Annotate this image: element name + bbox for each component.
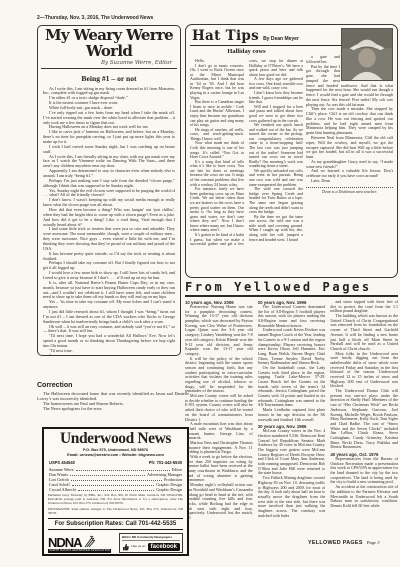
body-paragraph: By the time we got the tame one across, …: [249, 215, 303, 242]
ndna-logo-top: NDNA: [48, 534, 95, 548]
body-paragraph: Underwood coach Kevin Dockter was named …: [258, 328, 326, 366]
body-paragraph: I don’t go to music concerts. Oh, I went…: [190, 64, 244, 101]
facebook-like-row: Like us on facebook: [122, 543, 180, 552]
body-paragraph: On the basketball court, the Lady Comets…: [258, 366, 326, 408]
phone-number: Ph: 701-442-5530: [149, 460, 182, 465]
ndna-wordmark: NDNA: [48, 537, 82, 548]
usps-number: USPS 454540: [49, 460, 75, 465]
hat-tips-body: Hello,I don’t go to music concerts. Oh, …: [190, 59, 303, 259]
hat-tips-title: Hat Tips: [192, 28, 259, 44]
columnist-photo: [341, 28, 393, 81]
body-paragraph: Marissa Ness and Christopher Thomas anno…: [185, 441, 253, 455]
hat-tips-subhead: Halliday cows: [190, 48, 303, 55]
correction-title: Correction: [37, 382, 189, 389]
jump-page-number: Page 3: [367, 540, 380, 545]
masthead-address: P.O. Box 575, Underwood, ND 58576: [48, 448, 183, 452]
yellowed-col-2: 20 years ago, Nov. 1996The Underwood Com…: [258, 300, 326, 537]
body-paragraph: Monday night’s volleyball action saw Lis…: [185, 483, 253, 521]
dot-leader: [76, 467, 170, 471]
body-paragraph: Prairieview Nursing Home was site for a …: [185, 305, 253, 357]
body-paragraph: Will and I stopped for a beer and pizza …: [249, 105, 303, 123]
continued-jump-line: YELLOWED PAGES Page 3: [308, 540, 398, 546]
rule-divider: [41, 68, 177, 69]
subscription-rates-bar: For Subscription Rates: Call 701-442-553…: [48, 518, 183, 530]
masthead-logos-row: NDNA NORTH DAKOTA NEWSPAPER ASSOCIATION …: [48, 532, 183, 555]
body-paragraph: It is, after all, National Reese’s Peanu…: [43, 281, 175, 300]
jump-label: YELLOWED PAGES: [308, 540, 363, 546]
body-paragraph: Representatives from the Bureau of Outdo…: [330, 457, 398, 485]
body-paragraph: An accident at the construction site of …: [330, 485, 398, 508]
body-paragraph: The wild one crossed the bridge over Spr…: [249, 187, 303, 214]
body-paragraph: Now what made me think of Corb this morn…: [190, 141, 244, 159]
body-paragraph: How did that even become a thing? Who wa…: [43, 208, 175, 227]
body-paragraph: I just did little research about #1, who…: [43, 310, 175, 325]
staff-list: Suzanne WerreEditor Dan WinterAdvertisin…: [49, 467, 182, 493]
body-paragraph: I don’t know how they became friends. I …: [249, 91, 303, 105]
body-paragraph: Two Falkirk Mining draglines crossed Hig…: [258, 476, 326, 518]
staff-name: Crystal Albrecht: [49, 487, 76, 492]
dot-leader: [78, 487, 154, 491]
body-paragraph: The building which was known as the Unit…: [330, 314, 398, 352]
body-paragraph: We finished our quick lunch and walked o…: [249, 123, 303, 169]
yellowed-col-1: 10 years ago, Nov. 2006Prairieview Nursi…: [185, 300, 253, 537]
dot-leader: [72, 482, 155, 486]
body-paragraph: A male mountain lion was shot about a ha…: [185, 422, 253, 441]
hat-tips-header: Hat Tips By Dean Meyer: [190, 28, 342, 46]
ndna-association-label: NORTH DAKOTA NEWSPAPER ASSOCIATION: [48, 549, 111, 553]
body-paragraph: It’s a song that kind of tells what it’s…: [190, 160, 244, 187]
body-paragraph: The Underwood Drama Club will present tw…: [330, 389, 398, 450]
column-byline: By Suzanne Werre, Editor: [43, 60, 172, 66]
body-paragraph: McLean County voters in the Nov. 4 elect…: [258, 429, 326, 476]
wheat-sheaf-icon: [83, 534, 95, 548]
correction-body: The Halloween decorated home that was re…: [37, 391, 189, 412]
hat-tips-right-column: a gate and followed her.But by the time …: [306, 55, 393, 271]
body-paragraph: He sings of ranches, oil wells, cows, an…: [190, 128, 244, 142]
yellowed-pages-banner: From Yellowed Pages: [185, 280, 398, 297]
hat-tips-byline: By Dean Meyer: [263, 36, 299, 42]
column-title: My Weary Werre World: [43, 28, 175, 60]
yellowed-col-3: and straw topped with three feet of dirt…: [330, 300, 398, 537]
yellowed-pages-columns: 10 years ago, Nov. 2006Prairieview Nursi…: [185, 300, 398, 537]
masthead-contact: Email: urnews@westriv.com • Website: bhg…: [48, 453, 183, 457]
columnist-tagline: Dean is a Dickinson area teacher.: [306, 187, 393, 195]
postmaster-info: POSTMASTER: Send address changes to The …: [48, 508, 183, 516]
body-paragraph: With a week to go before the election, m…: [185, 455, 253, 483]
weary-werre-world-column: My Weary Werre World By Suzanne Werre, E…: [37, 25, 181, 356]
correction-section: Correction The Halloween decorated home …: [37, 382, 189, 411]
article-body: As I write this, I am sitting in my livi…: [43, 87, 175, 357]
body-paragraph: A few days ago we gathered two cows. One…: [249, 77, 303, 91]
body-paragraph: But there is a Canadian singer I listen …: [190, 100, 244, 127]
body-paragraph: and straw topped with three feet of dirt…: [330, 300, 398, 314]
like-us-label: Like us on: [131, 545, 145, 548]
hat-tips-left-region: Halliday cows Hello,I don’t go to music …: [190, 48, 303, 259]
body-paragraph: It will be the policy of the school dist…: [185, 357, 253, 395]
body-paragraph: Most folks in the Underwood area were bu…: [330, 352, 398, 390]
body-paragraph: I’ve only ripped out a few hairs from my…: [43, 111, 175, 126]
usps-phone-row: USPS 454540 Ph: 701-442-5530: [49, 460, 182, 465]
body-paragraph: I had some little trick or treaters that…: [43, 227, 175, 251]
page-folio: 2—Thursday, Nov. 3, 2016, The Underwood …: [37, 15, 197, 21]
bhg-community-label: BHG's ND Community Newspapers: [122, 535, 180, 541]
cowboy-portrait-image: [342, 29, 392, 80]
body-paragraph: The News apologizes for the error.: [37, 406, 189, 411]
body-paragraph: As I write this, I am literally sitting …: [43, 155, 175, 170]
staff-row: Crystal AlbrechtGraphic Design: [49, 487, 182, 492]
body-paragraph: For instance, lately we have been gather…: [190, 187, 244, 233]
newspaper-nameplate: Underwood News: [48, 431, 183, 447]
dot-leader: [70, 472, 145, 476]
staff-role: Graphic Design: [156, 487, 182, 492]
body-paragraph: S.: [43, 354, 175, 356]
thumbs-up-icon: [122, 543, 129, 551]
masthead-box: Underwood News P.O. Box 575, Underwood, …: [42, 427, 189, 556]
body-paragraph: The Underwood Comets dominated the list …: [258, 305, 326, 328]
facebook-logo: facebook: [148, 543, 180, 552]
body-paragraph: Then the cow made a mistake. She stopped…: [306, 107, 393, 136]
publishing-info: Published every Thursday by BHG, Inc., P…: [48, 494, 183, 506]
social-box: BHG's ND Community Newspapers Like us on…: [119, 533, 183, 553]
body-paragraph: Marla Leidholm captured first place hono…: [258, 408, 326, 422]
body-paragraph: Later, Dean: [306, 179, 393, 184]
body-paragraph: We quickly unloaded our colts and went i…: [249, 169, 303, 187]
dot-leader: [71, 477, 162, 481]
ndna-logo: NDNA NORTH DAKOTA NEWSPAPER ASSOCIATION: [48, 534, 111, 553]
hat-tips-column: Hat Tips By Dean Meyer Halliday cows Hel…: [185, 24, 398, 278]
body-paragraph: McLean County voters will be asked to de…: [185, 394, 253, 422]
body-paragraph: The Halloween decorated home that was re…: [37, 391, 189, 401]
body-paragraph: Between Neal from Minnesota, Cliff the o…: [306, 136, 393, 160]
newspaper-page: 2—Thursday, Nov. 3, 2016, The Underwood …: [0, 0, 400, 567]
body-paragraph: I like to carve jack o’ lanterns on Hall…: [43, 130, 175, 145]
article-headline: Being #1 – or not: [43, 74, 175, 83]
body-paragraph: ’Til next time, I hope you had a wonderf…: [43, 334, 175, 349]
